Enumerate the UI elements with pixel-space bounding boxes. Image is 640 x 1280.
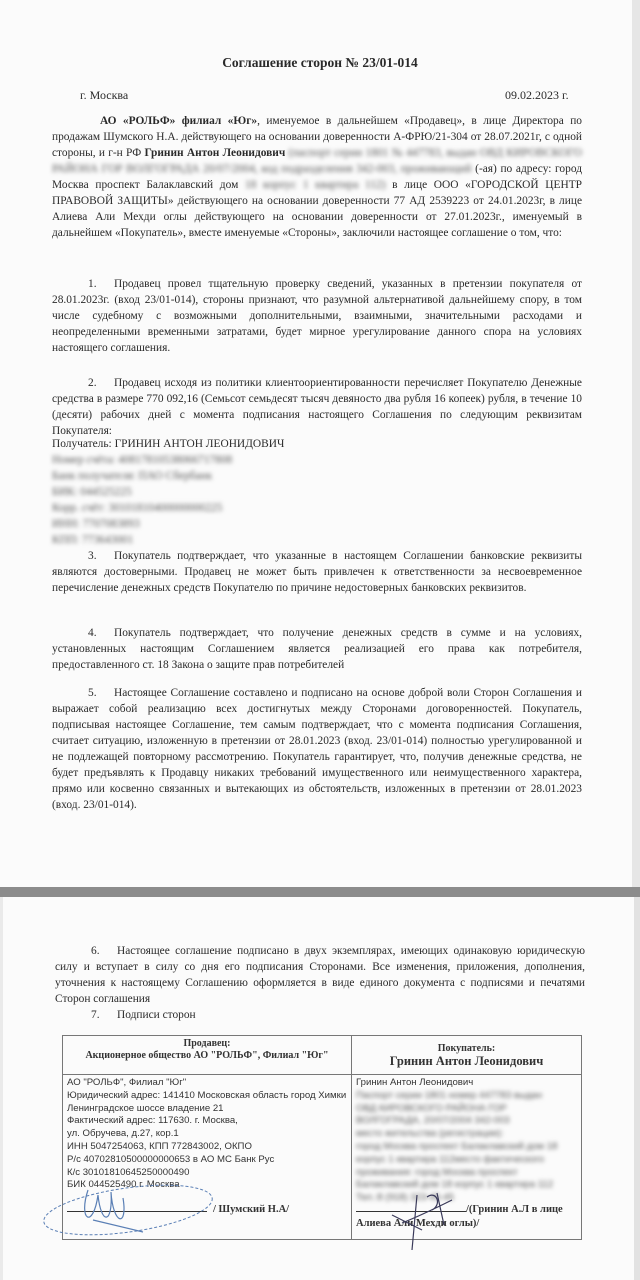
seller-details: АО "РОЛЬФ", Филиал "Юг" Юридический адре… [63,1075,352,1240]
seller-name: АО «РОЛЬФ» филиал «Юг» [100,115,257,127]
recipient-name: Получатель: ГРИНИН АНТОН ЛЕОНИДОВИЧ [52,436,284,452]
redacted-bik: БИК: 044525225 [52,484,284,500]
clause-3: 3.Покупатель подтверждает, что указанные… [52,548,582,596]
redacted-kpp: КПП: 773643001 [52,532,284,548]
redacted-address: 18 корпус 1 квартира 112) [245,179,386,191]
clause-2: 2.Продавец исходя из политики клиентоори… [52,375,582,439]
preamble: АО «РОЛЬФ» филиал «Юг», именуемое в даль… [52,113,582,241]
seller-signature-stamp-icon [33,1170,213,1250]
bank-requisites: Получатель: ГРИНИН АНТОН ЛЕОНИДОВИЧ Номе… [52,436,284,548]
seller-header: Продавец: Акционерное общество АО "РОЛЬФ… [63,1036,352,1075]
page-title: Соглашение сторон № 23/01-014 [0,55,640,71]
clause-6: 6.Настоящее соглашение подписано в двух … [55,943,585,1007]
buyer-header: Покупатель: Гринин Антон Леонидович [352,1036,582,1075]
clause-4: 4.Покупатель подтверждает, что получение… [52,625,582,673]
buyer-signature-icon [382,1185,462,1255]
document-page-1: Соглашение сторон № 23/01-014 г. Москва … [0,0,640,887]
document-date: 09.02.2023 г. [505,88,569,103]
redacted-corr-account: Корр. счёт: 30101810400000000225 [52,500,284,516]
clause-7: 7.Подписи сторон [55,1007,585,1023]
buyer-name: Гринин Антон Леонидович [144,147,285,159]
page-separator [0,887,640,897]
clause-1: 1.Продавец провел тщательную проверку св… [52,276,582,356]
city-label: г. Москва [80,88,128,103]
buyer-details: Гринин Антон Леонидович Паспорт серии 18… [352,1075,582,1240]
signatures-table: Продавец: Акционерное общество АО "РОЛЬФ… [62,1035,582,1240]
redacted-inn: ИНН: 7707083893 [52,516,284,532]
redacted-account: Номер счёта: 40817810538066717808 [52,452,284,468]
clause-5: 5.Настоящее Соглашение составлено и подп… [52,685,582,813]
redacted-bank: Банк получателя: ПАО Сбербанк [52,468,284,484]
